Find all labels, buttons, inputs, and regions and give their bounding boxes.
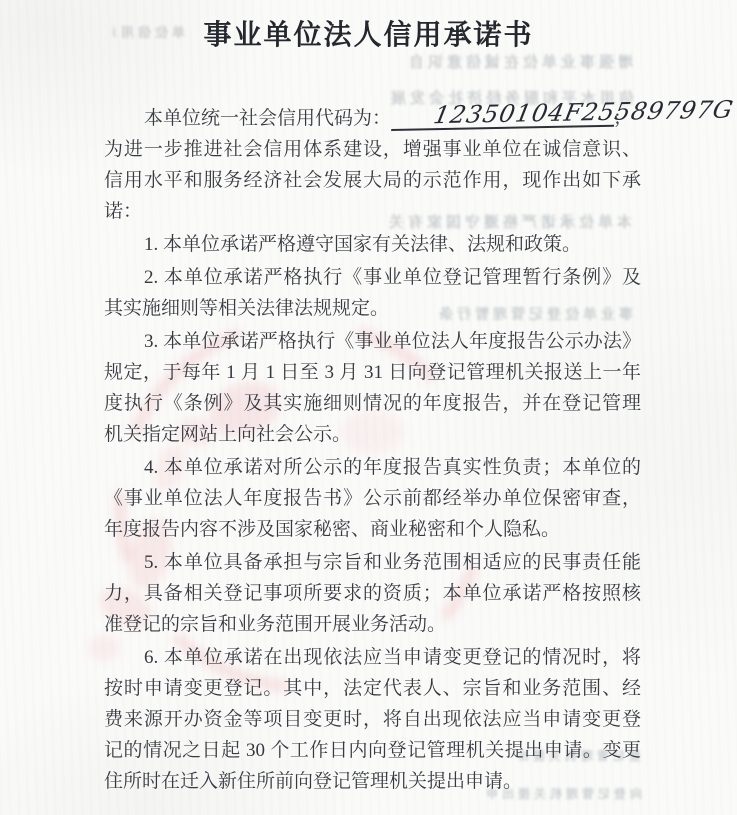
text-line: 记的情况之日起 30 个工作日内向登记管理机关提出申请。变更: [104, 735, 641, 766]
text-line: 1. 本单位承诺严格遵守国家有关法律、法规和政策。: [104, 229, 641, 260]
text-line: 费来源开办资金等项目变更时，将自出现依法应当申请变更登: [104, 704, 641, 735]
text-line: 力，具备相关登记事项所要求的资质；本单位承诺严格按照核: [104, 578, 641, 609]
text-line: 按时申请变更登记。其中，法定代表人、宗旨和业务范围、经: [104, 673, 641, 704]
paragraph-item-6: 6. 本单位承诺在出现依法应当申请变更登记的情况时，将 按时申请变更登记。其中，…: [104, 642, 641, 797]
credit-code-line: 本单位统一社会信用代码为：12350104F25589797G；: [104, 103, 641, 134]
text-line: 诺：: [104, 196, 641, 227]
text-line: 住所时在迁入新住所前向登记管理机关提出申请。: [104, 766, 641, 797]
text-line: 准登记的宗旨和业务范围开展业务活动。: [104, 609, 641, 640]
text-line: 2. 本单位承诺严格执行《事业单位登记管理暂行条例》及: [104, 262, 641, 293]
text-line: 机关指定网站上向社会公示。: [104, 419, 641, 450]
paragraph-item-2: 2. 本单位承诺严格执行《事业单位登记管理暂行条例》及 其实施细则等相关法律法规…: [104, 262, 641, 324]
text-line: 6. 本单位承诺在出现依法应当申请变更登记的情况时，将: [104, 642, 641, 673]
text-line: 其实施细则等相关法律法规规定。: [104, 293, 641, 324]
text-line: 3. 本单位承诺严格执行《事业单位法人年度报告公示办法》: [104, 326, 641, 357]
paragraph-item-3: 3. 本单位承诺严格执行《事业单位法人年度报告公示办法》 规定，于每年 1 月 …: [104, 326, 641, 450]
scanned-document-page: 单位信用承 增强事业单位在诚信意识自 信用水平和服务经济社会发展 本单位承诺严格…: [0, 0, 737, 815]
text-line: 年度报告内容不涉及国家秘密、商业秘密和个人隐私。: [104, 514, 641, 545]
credit-code-value: 12350104F25589797G: [391, 99, 619, 131]
paragraph-item-4: 4. 本单位承诺对所公示的年度报告真实性负责；本单位的 《事业单位法人年度报告书…: [104, 452, 641, 545]
text-line: 规定，于每年 1 月 1 日至 3 月 31 日向登记管理机关报送上一年: [104, 357, 641, 388]
text-line: 5. 本单位具备承担与宗旨和业务范围相适应的民事责任能: [104, 547, 641, 578]
text-line: 《事业单位法人年度报告书》公示前都经举办单位保密审查，: [104, 483, 641, 514]
paragraph-intro: 本单位统一社会信用代码为：12350104F25589797G； 为进一步推进社…: [104, 103, 641, 227]
text-line: 度执行《条例》及其实施细则情况的年度报告，并在登记管理: [104, 388, 641, 419]
text-line: 信用水平和服务经济社会发展大局的示范作用，现作出如下承: [104, 165, 641, 196]
credit-code-label: 本单位统一社会信用代码为：: [144, 108, 391, 129]
paragraph-item-5: 5. 本单位具备承担与宗旨和业务范围相适应的民事责任能 力，具备相关登记事项所要…: [104, 547, 641, 640]
document-title: 事业单位法人信用承诺书: [0, 13, 737, 53]
ghost-text: 增强事业单位在诚信意识自: [393, 51, 633, 72]
paragraph-item-1: 1. 本单位承诺严格遵守国家有关法律、法规和政策。: [104, 229, 641, 260]
text-line: 为进一步推进社会信用体系建设，增强事业单位在诚信意识、: [104, 134, 641, 165]
text-line: 4. 本单位承诺对所公示的年度报告真实性负责；本单位的: [104, 452, 641, 483]
document-body: 本单位统一社会信用代码为：12350104F25589797G； 为进一步推进社…: [104, 103, 641, 797]
